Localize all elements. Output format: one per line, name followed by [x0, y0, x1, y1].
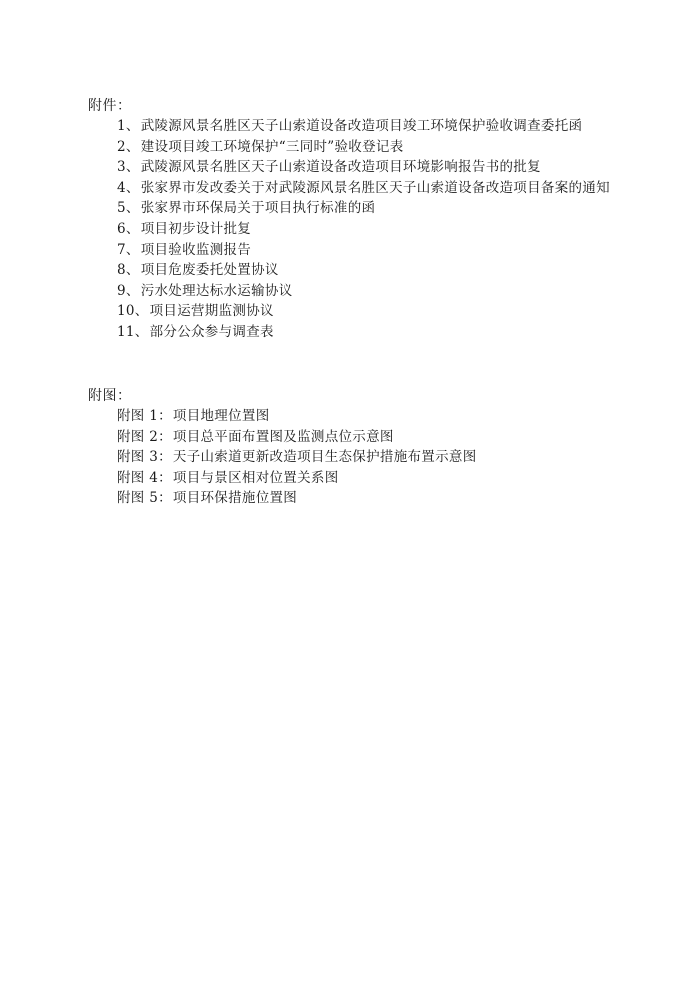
item-text: 项目验收监测报告	[141, 242, 251, 258]
figure-number: 附图 3：	[117, 449, 172, 465]
attachments-heading: 附件：	[88, 96, 610, 116]
item-text: 张家界市环保局关于项目执行标准的函	[141, 200, 376, 216]
item-number: 11、	[117, 324, 149, 340]
figure-number: 附图 1：	[117, 408, 172, 424]
item-text: 项目危废委托处置协议	[141, 262, 279, 278]
item-text: 武陵源风景名胜区天子山索道设备改造项目环境影响报告书的批复	[141, 159, 541, 175]
figure-item: 附图 3：天子山索道更新改造项目生态保护措施布置示意图	[117, 447, 477, 468]
item-number: 9、	[117, 283, 140, 299]
attachment-item: 4、张家界市发改委关于对武陵源风景名胜区天子山索道设备改造项目备案的通知	[117, 178, 610, 199]
figure-number: 附图 2：	[117, 429, 172, 445]
document-page: 附件： 1、武陵源风景名胜区天子山索道设备改造项目竣工环境保护验收调查委托函 2…	[0, 0, 700, 990]
figure-item: 附图 2：项目总平面布置图及监测点位示意图	[117, 427, 477, 448]
figure-text: 项目总平面布置图及监测点位示意图	[173, 429, 394, 445]
figures-list: 附图 1：项目地理位置图 附图 2：项目总平面布置图及监测点位示意图 附图 3：…	[117, 406, 477, 509]
item-number: 5、	[117, 200, 140, 216]
attachments-list: 1、武陵源风景名胜区天子山索道设备改造项目竣工环境保护验收调查委托函 2、建设项…	[117, 116, 610, 343]
item-number: 3、	[117, 159, 140, 175]
attachment-item: 9、污水处理达标水运输协议	[117, 281, 610, 302]
item-text: 项目运营期监测协议	[150, 303, 274, 319]
figures-section: 附图： 附图 1：项目地理位置图 附图 2：项目总平面布置图及监测点位示意图 附…	[88, 386, 477, 509]
figure-text: 项目与景区相对位置关系图	[173, 470, 339, 486]
figures-heading: 附图：	[88, 386, 477, 406]
attachment-item: 1、武陵源风景名胜区天子山索道设备改造项目竣工环境保护验收调查委托函	[117, 116, 610, 137]
attachment-item: 3、武陵源风景名胜区天子山索道设备改造项目环境影响报告书的批复	[117, 157, 610, 178]
item-text: 污水处理达标水运输协议	[141, 283, 293, 299]
figure-text: 项目环保措施位置图	[173, 490, 297, 506]
figure-item: 附图 4：项目与景区相对位置关系图	[117, 468, 477, 489]
attachment-item: 11、部分公众参与调查表	[117, 322, 610, 343]
item-text: 建设项目竣工环境保护“三同时”验收登记表	[141, 139, 404, 155]
attachment-item: 7、项目验收监测报告	[117, 240, 610, 261]
item-number: 2、	[117, 139, 140, 155]
attachments-section: 附件： 1、武陵源风景名胜区天子山索道设备改造项目竣工环境保护验收调查委托函 2…	[88, 96, 610, 343]
item-number: 7、	[117, 242, 140, 258]
attachment-item: 5、张家界市环保局关于项目执行标准的函	[117, 198, 610, 219]
item-text: 部分公众参与调查表	[150, 324, 274, 340]
item-text: 张家界市发改委关于对武陵源风景名胜区天子山索道设备改造项目备案的通知	[141, 180, 610, 196]
figure-text: 天子山索道更新改造项目生态保护措施布置示意图	[173, 449, 477, 465]
item-number: 6、	[117, 221, 140, 237]
attachment-item: 8、项目危废委托处置协议	[117, 260, 610, 281]
item-number: 8、	[117, 262, 140, 278]
item-number: 10、	[117, 303, 149, 319]
item-number: 4、	[117, 180, 140, 196]
attachment-item: 10、项目运营期监测协议	[117, 301, 610, 322]
figure-number: 附图 5：	[117, 490, 172, 506]
figure-text: 项目地理位置图	[173, 408, 270, 424]
attachment-item: 6、项目初步设计批复	[117, 219, 610, 240]
figure-number: 附图 4：	[117, 470, 172, 486]
figure-item: 附图 1：项目地理位置图	[117, 406, 477, 427]
item-number: 1、	[117, 118, 140, 134]
item-text: 武陵源风景名胜区天子山索道设备改造项目竣工环境保护验收调查委托函	[141, 118, 583, 134]
figure-item: 附图 5：项目环保措施位置图	[117, 488, 477, 509]
attachment-item: 2、建设项目竣工环境保护“三同时”验收登记表	[117, 137, 610, 158]
item-text: 项目初步设计批复	[141, 221, 251, 237]
